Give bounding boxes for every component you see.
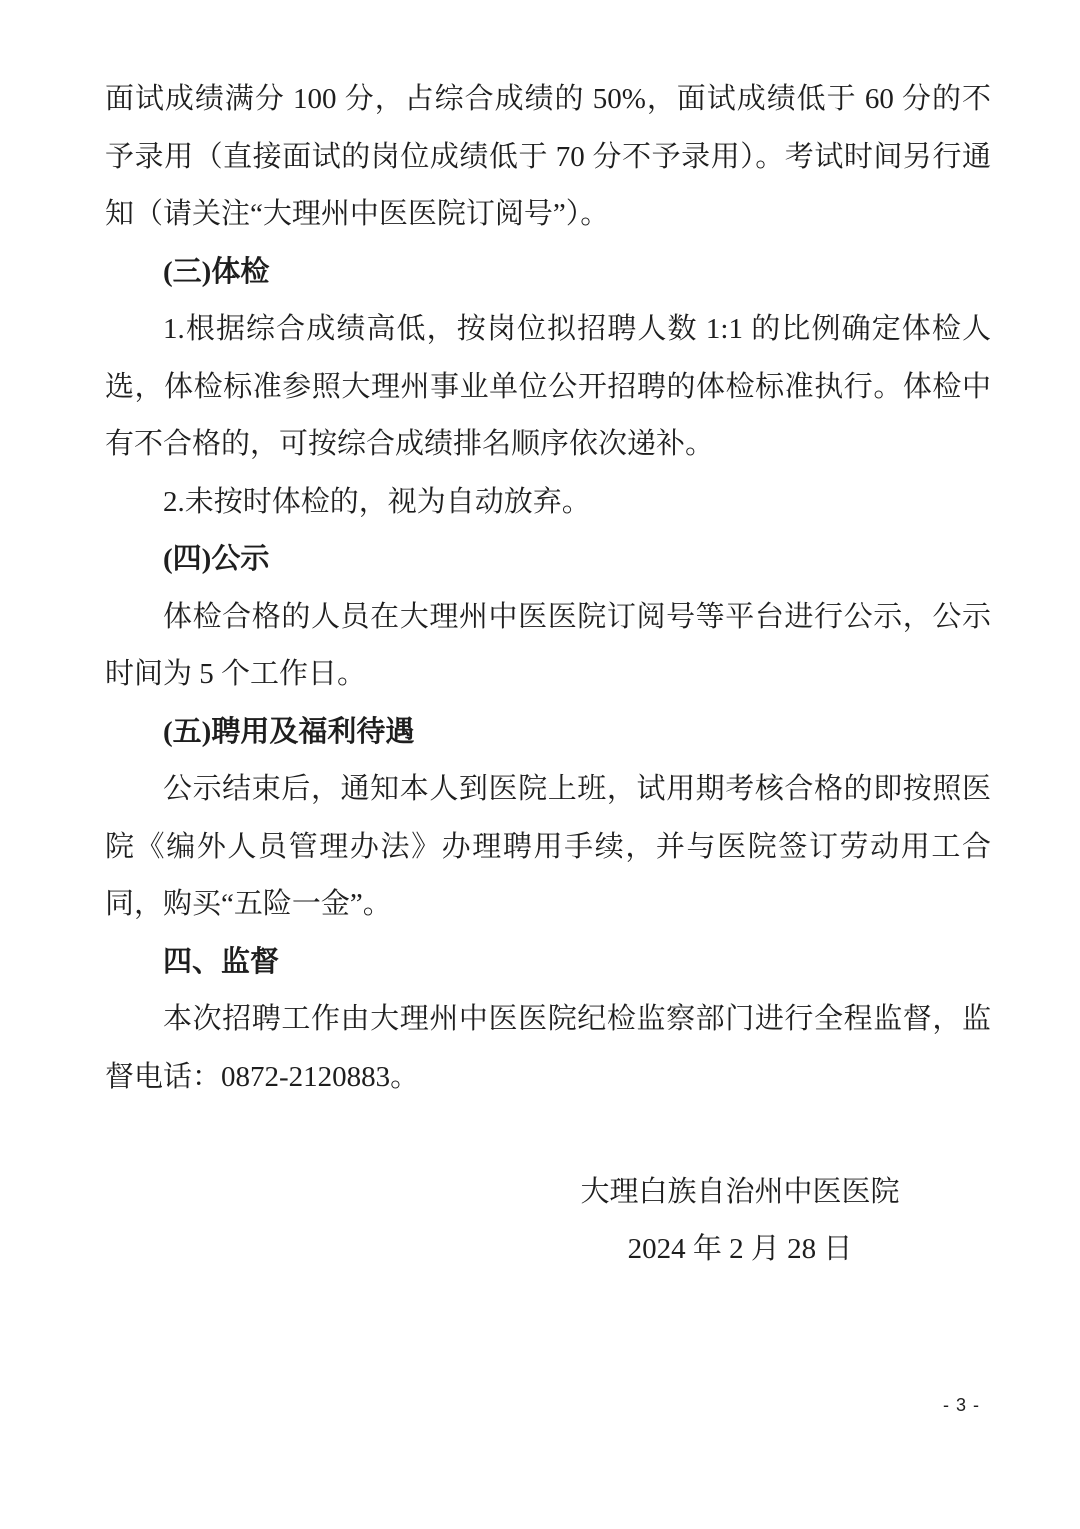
section-heading-supervision: 四、监督 bbox=[105, 934, 991, 992]
page-number: - 3 - bbox=[943, 1394, 980, 1416]
signature-block: 大理白族自治州中医医院 2024 年 2 月 28 日 bbox=[575, 1164, 905, 1279]
section-heading-public-notice: (四)公示 bbox=[105, 531, 991, 589]
section-heading-employment-benefits: (五)聘用及福利待遇 bbox=[105, 704, 991, 762]
document-page: 面试成绩满分 100 分，占综合成绩的 50%，面试成绩低于 60 分的不予录用… bbox=[0, 0, 1080, 1529]
paragraph-supervision: 本次招聘工作由大理州中医医院纪检监察部门进行全程监督，监督电话：0872-212… bbox=[105, 991, 991, 1106]
signature-date: 2024 年 2 月 28 日 bbox=[575, 1221, 905, 1279]
signature-organization: 大理白族自治州中医医院 bbox=[575, 1164, 905, 1222]
paragraph-physical-exam-1: 1.根据综合成绩高低，按岗位拟招聘人数 1:1 的比例确定体检人选，体检标准参照… bbox=[105, 301, 991, 474]
section-heading-physical-exam: (三)体检 bbox=[105, 244, 991, 302]
paragraph-physical-exam-2: 2.未按时体检的，视为自动放弃。 bbox=[105, 474, 991, 532]
paragraph-employment-benefits: 公示结束后，通知本人到医院上班，试用期考核合格的即按照医院《编外人员管理办法》办… bbox=[105, 761, 991, 934]
continuation-paragraph: 面试成绩满分 100 分，占综合成绩的 50%，面试成绩低于 60 分的不予录用… bbox=[105, 71, 991, 244]
paragraph-public-notice: 体检合格的人员在大理州中医医院订阅号等平台进行公示，公示时间为 5 个工作日。 bbox=[105, 589, 991, 704]
document-content: 面试成绩满分 100 分，占综合成绩的 50%，面试成绩低于 60 分的不予录用… bbox=[105, 71, 991, 1279]
